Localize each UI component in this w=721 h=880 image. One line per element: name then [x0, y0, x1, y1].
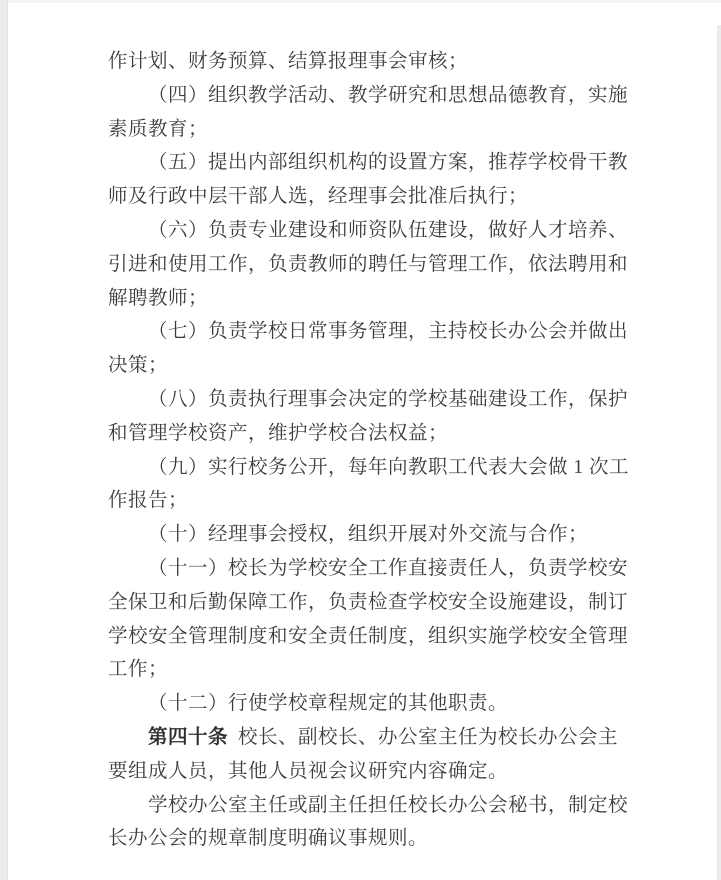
page-right-edge: [717, 25, 721, 880]
text-line: 和管理学校资产，维护学校合法权益；: [108, 417, 618, 451]
text-line: 素质教育；: [108, 113, 618, 147]
article-number-bold: 第四十条: [148, 727, 228, 748]
text-line: 全保卫和后勤保障工作，负责检查学校安全设施建设，制订: [108, 586, 618, 620]
text-line: （五）提出内部组织机构的设置方案，推荐学校骨干教: [108, 146, 618, 180]
text-line: 学校办公室主任或副主任担任校长办公会秘书，制定校: [108, 789, 618, 823]
text-line: （八）负责执行理事会决定的学校基础建设工作，保护: [108, 383, 618, 417]
page-top-edge: [0, 0, 721, 3]
text-line: （十一）校长为学校安全工作直接责任人，负责学校安: [108, 552, 618, 586]
text-line: 决策；: [108, 349, 618, 383]
text-line-article-heading: 第四十条校长、副校长、办公室主任为校长办公会主: [108, 721, 618, 755]
text-line: （九）实行校务公开，每年向教职工代表大会做 1 次工: [108, 451, 618, 485]
text-line: 引进和使用工作，负责教师的聘任与管理工作，依法聘用和: [108, 248, 618, 282]
text-line: 作报告；: [108, 484, 618, 518]
text-line: 学校安全管理制度和安全责任制度，组织实施学校安全管理: [108, 620, 618, 654]
text-line: 师及行政中层干部人选，经理事会批准后执行；: [108, 180, 618, 214]
text-block: 作计划、财务预算、结算报理事会审核；（四）组织教学活动、教学研究和思想品德教育，…: [108, 45, 618, 856]
text-line: （六）负责专业建设和师资队伍建设，做好人才培养、: [108, 214, 618, 248]
text-line: （七）负责学校日常事务管理，主持校长办公会并做出: [108, 315, 618, 349]
text-line: 解聘教师；: [108, 282, 618, 316]
page-left-edge: [0, 0, 8, 880]
text-line: 长办公会的规章制度明确议事规则。: [108, 822, 618, 856]
text-line: （十）经理事会授权，组织开展对外交流与合作；: [108, 518, 618, 552]
text-line: 作计划、财务预算、结算报理事会审核；: [108, 45, 618, 79]
text-line: （十二）行使学校章程规定的其他职责。: [108, 687, 618, 721]
text-line: （四）组织教学活动、教学研究和思想品德教育，实施: [108, 79, 618, 113]
text-line: 工作；: [108, 653, 618, 687]
document-page: 作计划、财务预算、结算报理事会审核；（四）组织教学活动、教学研究和思想品德教育，…: [0, 0, 721, 880]
text-line: 要组成人员，其他人员视会议研究内容确定。: [108, 755, 618, 789]
